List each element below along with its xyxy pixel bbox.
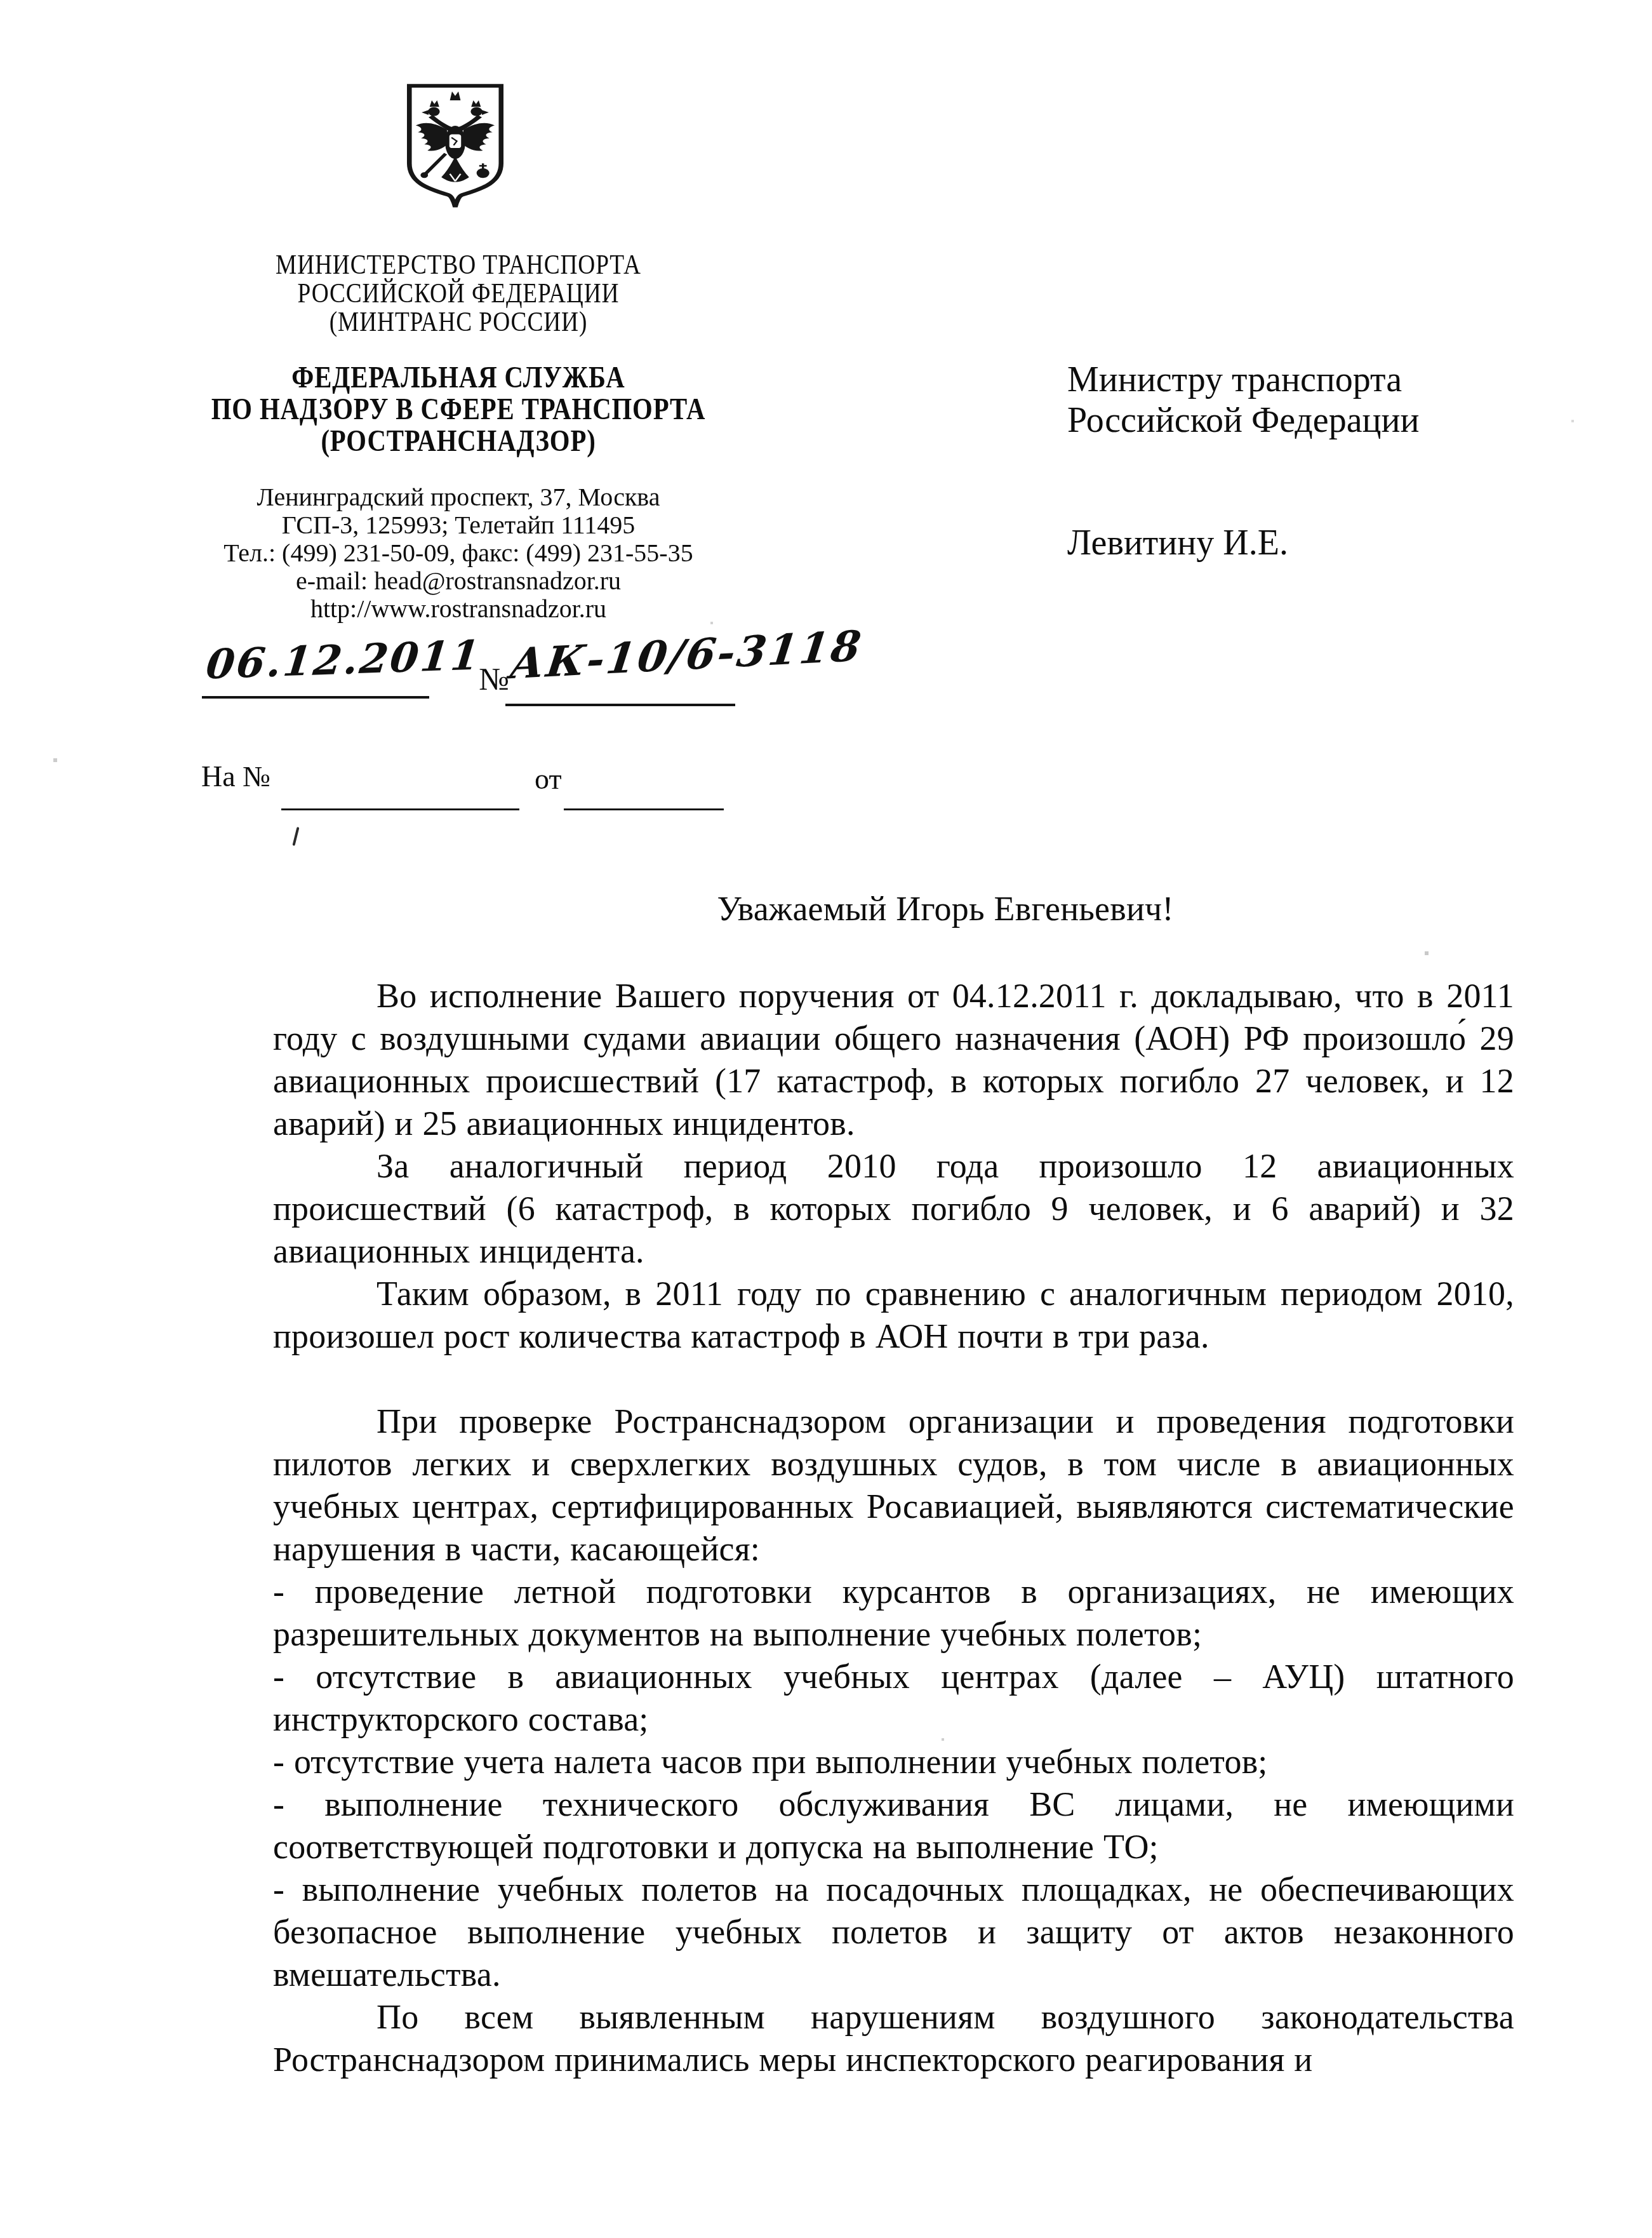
- phone-fax-line: Тел.: (499) 231-50-09, факс: (499) 231-5…: [160, 539, 757, 567]
- paragraph: При проверке Ространснадзором организаци…: [273, 1400, 1514, 1571]
- handwritten-date: 06.12.2011: [204, 632, 484, 689]
- contacts-block: Ленинградский проспект, 37, Москва ГСП-3…: [160, 483, 757, 623]
- email-line: e-mail: head@rostransnadzor.ru: [160, 567, 757, 595]
- agency-name-block: ФЕДЕРАЛЬНАЯ СЛУЖБА ПО НАДЗОРУ В СФЕРЕ ТР…: [160, 362, 757, 457]
- stray-pen-mark: [292, 827, 299, 846]
- postal-teletype-line: ГСП-3, 125993; Телетайп 111495: [160, 511, 757, 539]
- violation-list-item: - проведение летной подготовки курсантов…: [273, 1571, 1514, 1656]
- violation-list-item: - отсутствие в авиационных учебных центр…: [273, 1656, 1514, 1741]
- agency-name-line-1: ФЕДЕРАЛЬНАЯ СЛУЖБА: [205, 362, 712, 394]
- website-line: http://www.rostransnadzor.ru: [160, 595, 757, 623]
- violation-list-item: - отсутствие учета налета часов при выпо…: [273, 1741, 1514, 1783]
- number-sign: №: [479, 660, 509, 697]
- ministry-short-name: (МИНТРАНС РОССИИ): [205, 307, 712, 336]
- reply-from-label: от: [535, 762, 562, 796]
- recipient-title-line-1: Министру транспорта: [1067, 359, 1419, 400]
- date-underline: [202, 696, 429, 699]
- recipient-name: Левитину И.Е.: [1067, 523, 1419, 563]
- violation-list-item: - выполнение технического обслуживания В…: [273, 1783, 1514, 1868]
- agency-short-name: (РОСТРАНСНАДЗОР): [205, 425, 712, 457]
- scan-noise-specks: [0, 0, 1, 1]
- salutation: Уважаемый Игорь Евгеньевич!: [273, 888, 1514, 930]
- violation-list-item: - выполнение учебных полетов на посадочн…: [273, 1868, 1514, 1996]
- closing-paragraph: По всем выявленным нарушениям воздушного…: [273, 1996, 1514, 2081]
- agency-name-line-2: ПО НАДЗОРУ В СФЕРЕ ТРАНСПОРТА: [205, 394, 712, 425]
- number-underline: [505, 704, 735, 706]
- reply-reference-label: На №: [201, 760, 270, 793]
- recipient-title-line-2: Российской Федерации: [1067, 400, 1419, 441]
- ministry-name-line-1: МИНИСТЕРСТВО ТРАНСПОРТА: [205, 250, 712, 279]
- letterhead: МИНИСТЕРСТВО ТРАНСПОРТА РОССИЙСКОЙ ФЕДЕР…: [160, 250, 757, 623]
- paragraph: Таким образом, в 2011 году по сравнению …: [273, 1273, 1514, 1358]
- paragraph: Во исполнение Вашего поручения от 04.12.…: [273, 975, 1514, 1145]
- recipient-block: Министру транспорта Российской Федерации…: [1067, 359, 1419, 563]
- russia-coat-of-arms-icon: [402, 83, 509, 216]
- handwritten-outgoing-number: АК-10/6-3118: [507, 621, 865, 689]
- ministry-name-line-2: РОССИЙСКОЙ ФЕДЕРАЦИИ: [205, 279, 712, 307]
- reply-number-blank-line: [281, 808, 519, 810]
- letter-body: Уважаемый Игорь Евгеньевич! Во исполнени…: [273, 888, 1514, 2081]
- paragraph: За аналогичный период 2010 года произошл…: [273, 1145, 1514, 1273]
- scanned-letter-page: МИНИСТЕРСТВО ТРАНСПОРТА РОССИЙСКОЙ ФЕДЕР…: [0, 0, 1652, 2238]
- reply-date-blank-line: [564, 808, 724, 810]
- address-line: Ленинградский проспект, 37, Москва: [160, 483, 757, 511]
